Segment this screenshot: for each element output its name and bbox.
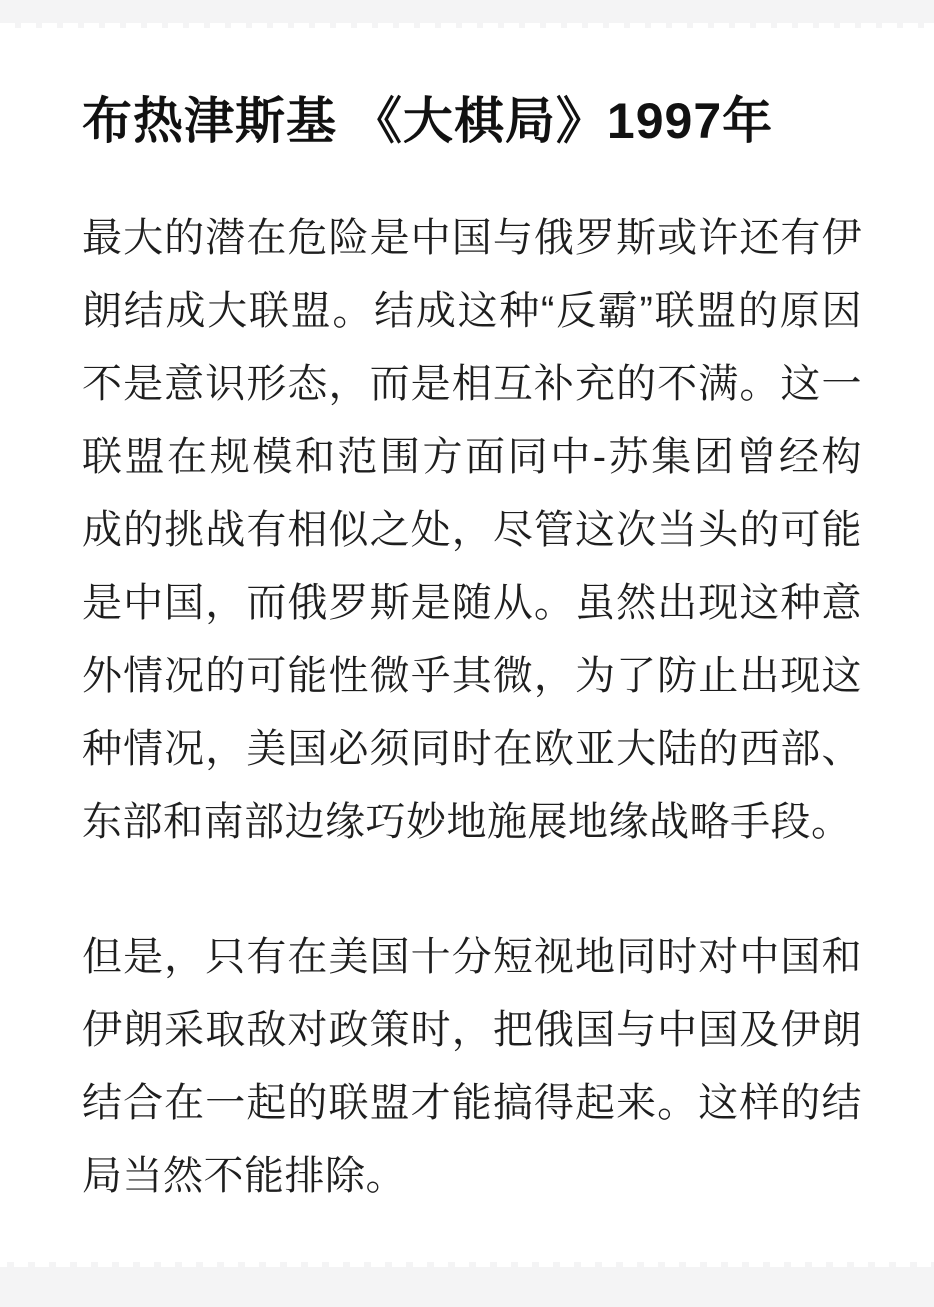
note-card: 布热津斯基 《大棋局》1997年 最大的潜在危险是中国与俄罗斯或许还有伊朗结成大… — [0, 28, 934, 1262]
top-gray-band — [0, 0, 934, 23]
bottom-gray-band — [0, 1267, 934, 1307]
article-paragraph-1: 最大的潜在危险是中国与俄罗斯或许还有伊朗结成大联盟。结成这种“反霸”联盟的原因不… — [82, 202, 862, 859]
article-title: 布热津斯基 《大棋局》1997年 — [82, 86, 862, 156]
article-body: 最大的潜在危险是中国与俄罗斯或许还有伊朗结成大联盟。结成这种“反霸”联盟的原因不… — [82, 202, 862, 1213]
page-background: 布热津斯基 《大棋局》1997年 最大的潜在危险是中国与俄罗斯或许还有伊朗结成大… — [0, 0, 934, 1307]
article-paragraph-2: 但是，只有在美国十分短视地同时对中国和伊朗采取敌对政策时，把俄国与中国及伊朗结合… — [82, 921, 862, 1213]
